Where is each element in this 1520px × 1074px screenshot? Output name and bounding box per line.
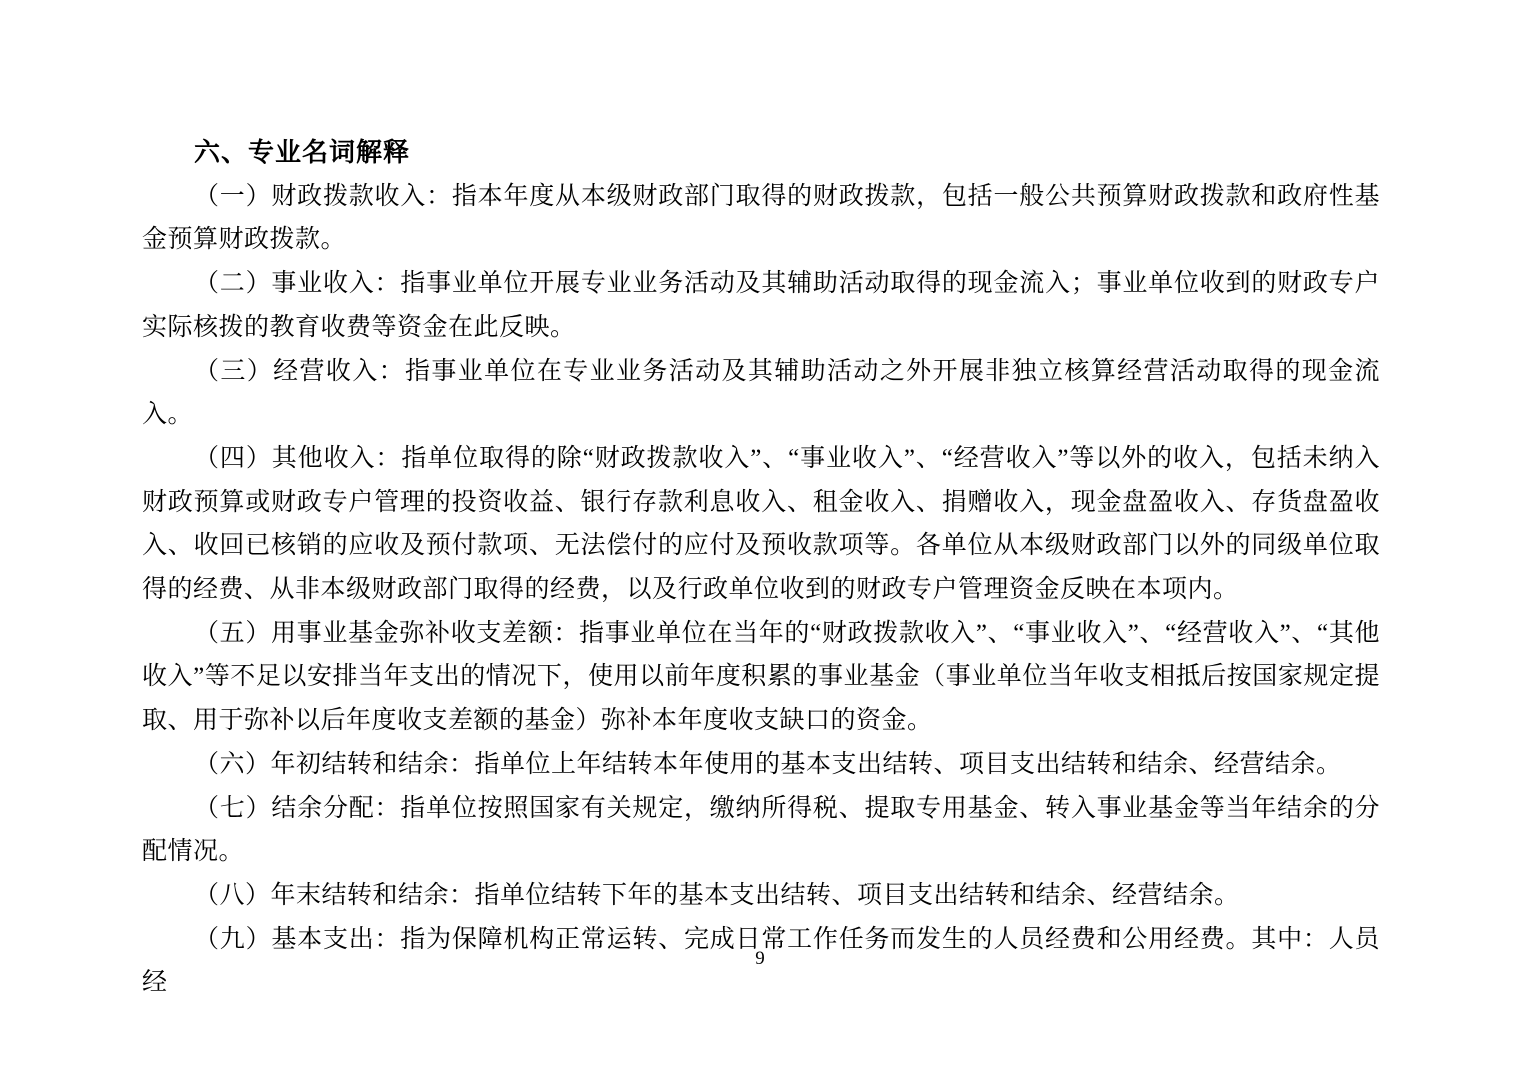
paragraph-year-end-carryover: （八）年末结转和结余：指单位结转下年的基本支出结转、项目支出结转和结余、经营结余… bbox=[142, 874, 1380, 918]
paragraph-beginning-year-carryover: （六）年初结转和结余：指单位上年结转本年使用的基本支出结转、项目支出结转和结余、… bbox=[142, 743, 1380, 787]
paragraph-surplus-distribution: （七）结余分配：指单位按照国家有关规定，缴纳所得税、提取专用基金、转入事业基金等… bbox=[142, 787, 1380, 874]
paragraph-fund-deficit-coverage: （五）用事业基金弥补收支差额：指事业单位在当年的“财政拨款收入”、“事业收入”、… bbox=[142, 612, 1380, 743]
page-number: 9 bbox=[0, 948, 1520, 970]
document-page: 六、专业名词解释 （一）财政拨款收入：指本年度从本级财政部门取得的财政拨款，包括… bbox=[0, 0, 1520, 1074]
paragraph-institution-income: （二）事业收入：指事业单位开展专业业务活动及其辅助活动取得的现金流入；事业单位收… bbox=[142, 262, 1380, 349]
page-content: 六、专业名词解释 （一）财政拨款收入：指本年度从本级财政部门取得的财政拨款，包括… bbox=[142, 131, 1380, 1005]
paragraph-fiscal-appropriation-income: （一）财政拨款收入：指本年度从本级财政部门取得的财政拨款，包括一般公共预算财政拨… bbox=[142, 175, 1380, 262]
section-title: 六、专业名词解释 bbox=[142, 131, 1380, 175]
paragraph-operating-income: （三）经营收入：指事业单位在专业业务活动及其辅助活动之外开展非独立核算经营活动取… bbox=[142, 350, 1380, 437]
paragraph-other-income: （四）其他收入：指单位取得的除“财政拨款收入”、“事业收入”、“经营收入”等以外… bbox=[142, 437, 1380, 612]
